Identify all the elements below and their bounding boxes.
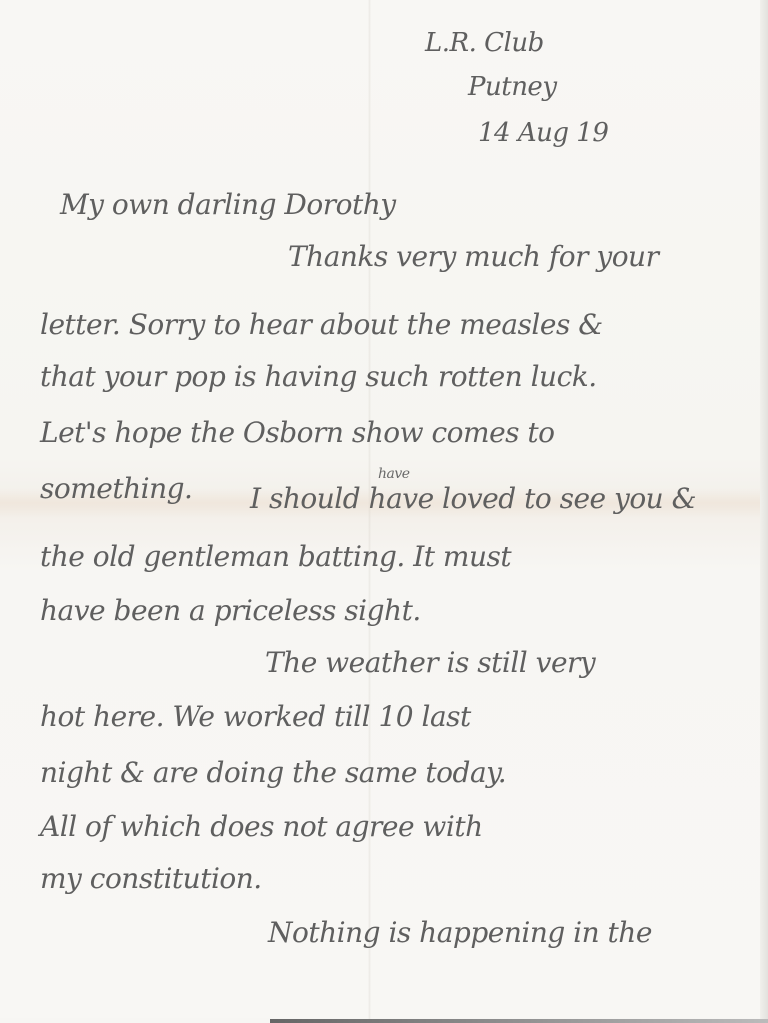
address-line-place: Putney xyxy=(468,72,557,102)
body-line: the old gentleman batting. It must xyxy=(40,540,511,573)
body-line: that your pop is having such rotten luck… xyxy=(40,360,597,393)
body-line: Let's hope the Osborn show comes to xyxy=(40,416,555,449)
body-line: Thanks very much for your xyxy=(288,240,658,273)
inserted-word: have xyxy=(378,466,410,482)
body-line: my constitution. xyxy=(40,862,262,895)
body-line: have been a priceless sight. xyxy=(40,594,421,627)
body-line: All of which does not agree with xyxy=(40,810,483,843)
body-line: hot here. We worked till 10 last xyxy=(40,700,471,733)
address-line-club: L.R. Club xyxy=(425,28,544,58)
body-line: letter. Sorry to hear about the measles … xyxy=(40,308,603,341)
body-line: night & are doing the same today. xyxy=(40,756,506,789)
salutation: My own darling Dorothy xyxy=(60,188,396,221)
letter-date: 14 Aug 19 xyxy=(478,118,608,148)
body-line: Nothing is happening in the xyxy=(268,916,652,949)
page-right-edge xyxy=(760,0,768,1023)
page-bottom-edge xyxy=(270,1019,768,1023)
body-line: The weather is still very xyxy=(265,646,595,679)
body-line: I should have loved to see you & xyxy=(250,482,696,515)
body-line: something. xyxy=(40,472,192,505)
